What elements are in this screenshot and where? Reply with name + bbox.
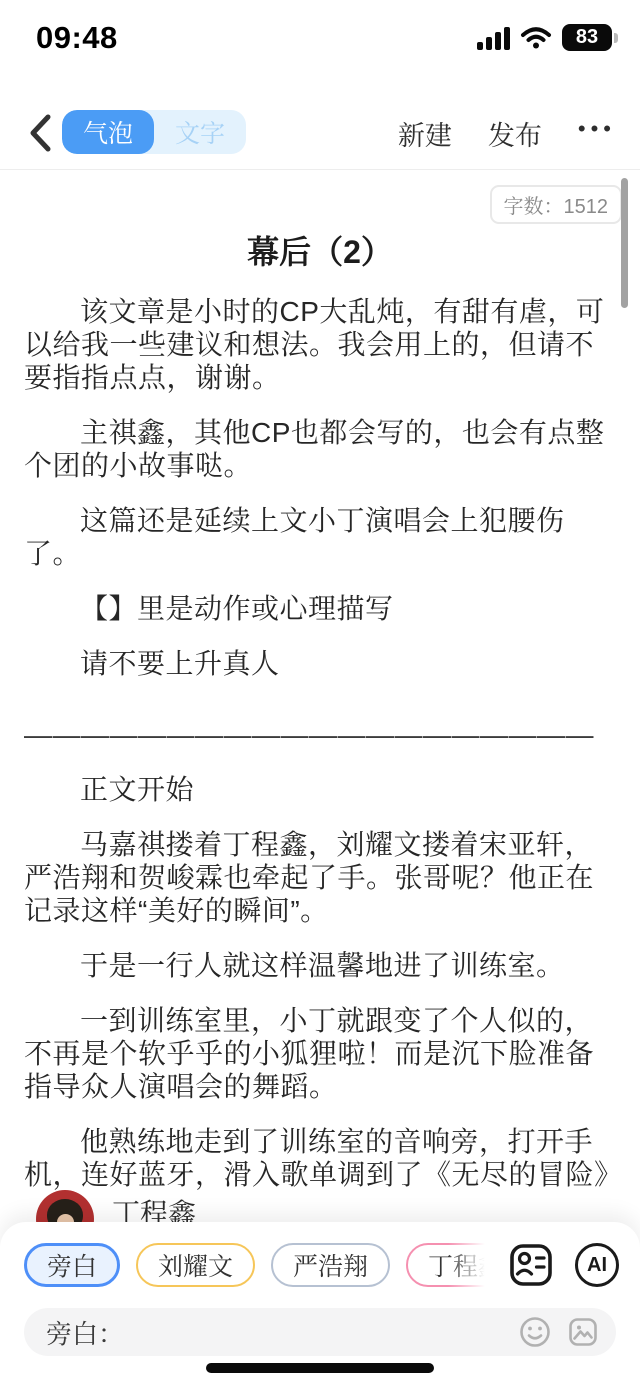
tab-bubble-mode[interactable]: 气泡 [62,110,154,154]
editor-content: 字数：1512 幕后（2） 该文章是小时的CP大乱炖，有甜有虐，可以给我一些建议… [0,171,640,1213]
character-manager-button[interactable] [508,1242,554,1288]
character-chips-scroll[interactable]: 旁白 刘耀文 严浩翔 丁程鑫 贺峻霖 [24,1242,494,1288]
composer-panel: 旁白 刘耀文 严浩翔 丁程鑫 贺峻霖 [0,1222,640,1386]
battery-level: 83 [562,24,612,51]
new-chapter-button[interactable]: 新建 [398,114,452,153]
input-icons [518,1315,600,1349]
tab-text-mode[interactable]: 文字 [154,110,246,154]
paragraph[interactable]: 正文开始 [24,773,616,806]
chip-liuyaowen[interactable]: 刘耀文 [136,1243,255,1287]
battery-tip [614,33,618,43]
content-scrollbar[interactable] [621,178,628,308]
publish-button[interactable]: 发布 [488,114,542,153]
section-divider[interactable]: ———————————————————— [24,718,616,751]
cellular-signal-icon [477,26,510,50]
contact-card-icon [508,1242,554,1288]
wifi-icon [520,26,552,50]
chip-dingchengxin[interactable]: 丁程鑫 [406,1243,494,1287]
composer-tools: AI [508,1242,620,1288]
image-icon[interactable] [566,1315,600,1349]
home-indicator[interactable] [206,1363,434,1373]
battery-icon: 83 [562,24,618,51]
status-bar: 09:48 83 [0,0,640,70]
nav-actions: 新建 发布 ••• [398,96,616,170]
character-chips-row: 旁白 刘耀文 严浩翔 丁程鑫 贺峻霖 [24,1242,620,1288]
paragraph[interactable]: 主祺鑫，其他CP也都会写的，也会有点整个团的小故事哒。 [24,416,616,482]
paragraph[interactable]: 马嘉祺搂着丁程鑫，刘耀文搂着宋亚轩，严浩翔和贺峻霖也牵起了手。张哥呢？他正在记录… [24,828,616,927]
app-screen: 09:48 83 气泡 文字 新建 [0,0,640,1386]
chip-narrator[interactable]: 旁白 [24,1243,120,1287]
paragraph[interactable]: 一到训练室里，小丁就跟变了个人似的，不再是个软乎乎的小狐狸啦！而是沉下脸准备指导… [24,1004,616,1103]
clock: 09:48 [36,20,118,56]
more-menu-icon[interactable]: ••• [578,116,616,150]
message-input-value: 旁白： [46,1314,518,1351]
paragraph[interactable]: 他熟练地走到了训练室的音响旁，打开手机，连好蓝牙，滑入歌单调到了《无尽的冒险》 [24,1125,616,1191]
view-mode-toggle: 气泡 文字 [62,110,246,154]
chevron-left-icon [27,113,53,153]
word-count-badge: 字数：1512 [490,185,623,224]
ai-assistant-button[interactable]: AI [574,1242,620,1288]
chapter-title[interactable]: 幕后（2） [24,227,616,273]
back-button[interactable] [18,110,62,156]
emoji-icon[interactable] [518,1315,552,1349]
status-icons: 83 [477,24,618,51]
paragraph[interactable]: 【】里是动作或心理描写 [24,592,616,625]
chip-yanhaoxiang[interactable]: 严浩翔 [271,1243,390,1287]
paragraph[interactable]: 该文章是小时的CP大乱炖，有甜有虐，可以给我一些建议和想法。我会用上的，但请不要… [24,295,616,394]
message-input[interactable]: 旁白： [24,1308,616,1356]
paragraph[interactable]: 这篇还是延续上文小丁演唱会上犯腰伤了。 [24,504,616,570]
paragraph[interactable]: 请不要上升真人 [24,647,616,680]
ai-icon: AI [575,1243,619,1287]
paragraph[interactable]: 于是一行人就这样温馨地进了训练室。 [24,949,616,982]
nav-bar: 气泡 文字 新建 发布 ••• [0,96,640,170]
